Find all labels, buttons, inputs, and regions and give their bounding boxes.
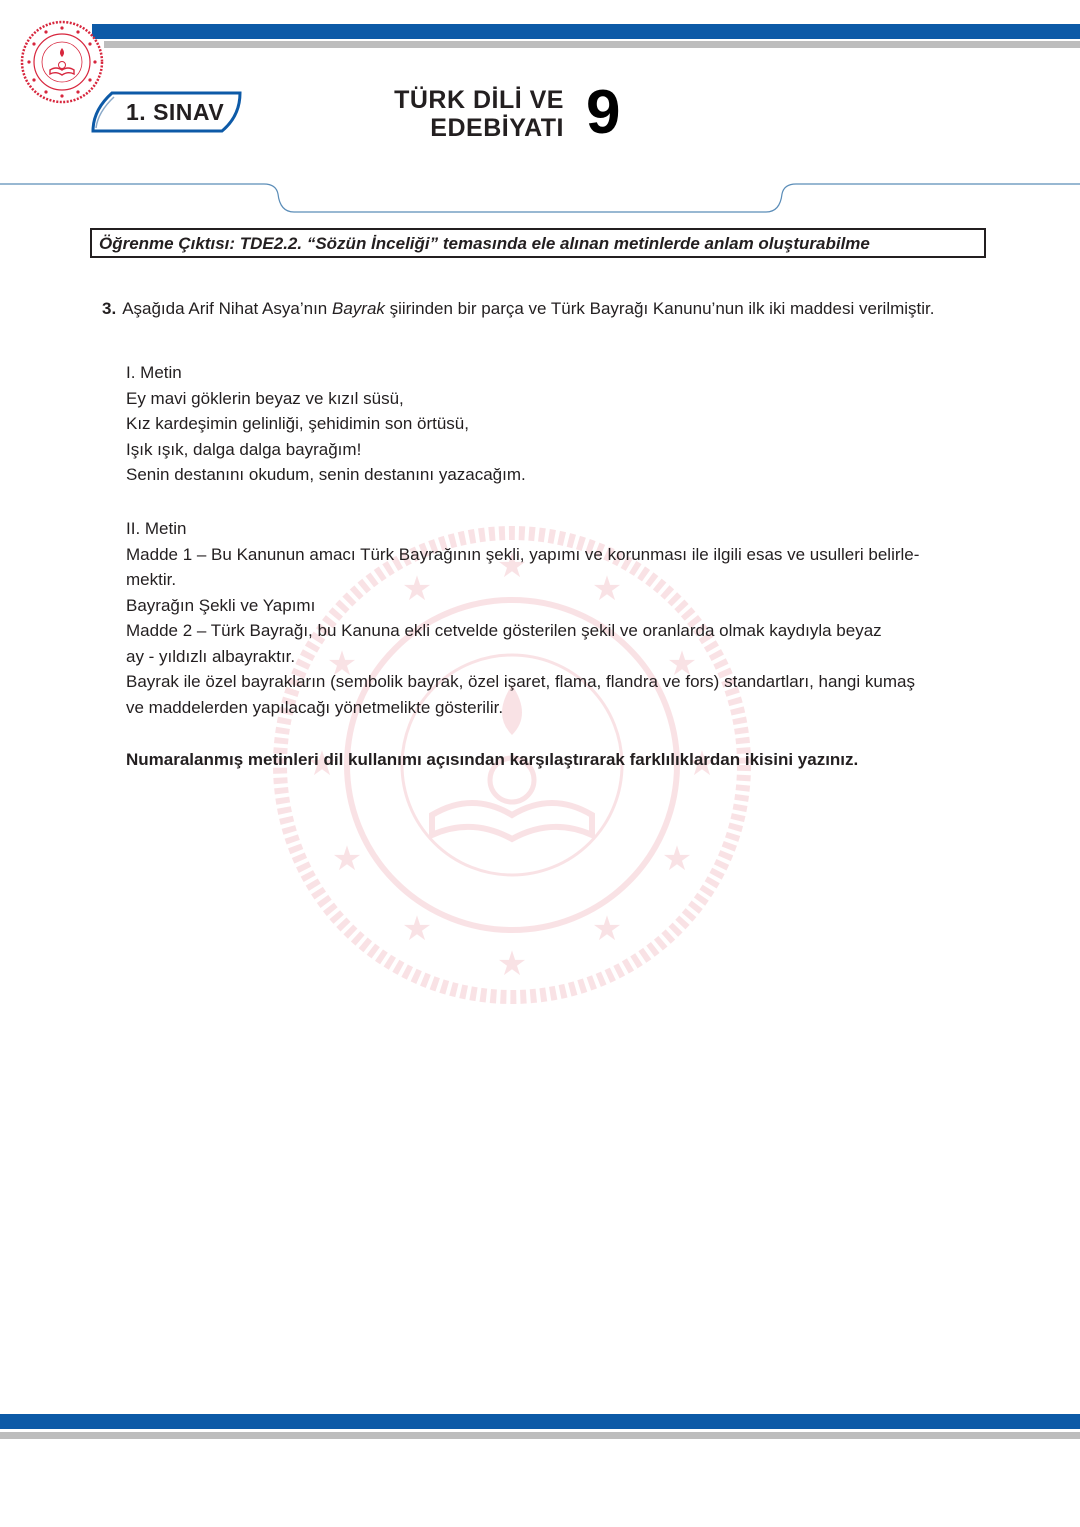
text-2-line: Madde 1 – Bu Kanunun amacı Türk Bayrağın… <box>126 542 919 568</box>
subject-title-line1: TÜRK DİLİ VE <box>340 86 564 114</box>
text-2-line: Madde 2 – Türk Bayrağı, bu Kanuna ekli c… <box>126 618 919 644</box>
text-1-title: I. Metin <box>126 360 526 386</box>
text-1-block: I. Metin Ey mavi göklerin beyaz ve kızıl… <box>126 360 526 488</box>
subject-title-line2: EDEBİYATI <box>340 114 564 142</box>
exam-label-tab: 1. SINAV <box>90 90 242 134</box>
poem-title: Bayrak <box>332 299 385 318</box>
grade-number: 9 <box>586 80 620 146</box>
question-intro: 3.Aşağıda Arif Nihat Asya’nın Bayrak şii… <box>102 298 935 320</box>
text-2-title: II. Metin <box>126 516 919 542</box>
text-1-line: Senin destanını okudum, senin destanını … <box>126 462 526 488</box>
text-2-line: ay - yıldızlı albayraktır. <box>126 644 919 670</box>
svg-text:★: ★ <box>497 944 527 984</box>
text-2-block: II. Metin Madde 1 – Bu Kanunun amacı Tür… <box>126 516 919 720</box>
footer-blue-stripe <box>0 1414 1080 1429</box>
question-number: 3. <box>102 299 116 318</box>
subject-title: TÜRK DİLİ VE EDEBİYATI <box>340 86 564 142</box>
svg-text:★: ★ <box>592 909 622 949</box>
text-1-line: Kız kardeşimin gelinliği, şehidimin son … <box>126 411 526 437</box>
text-2-line: Bayrak ile özel bayrakların (sembolik ba… <box>126 669 919 695</box>
text-1-line: Işık ışık, dalga dalga bayrağım! <box>126 437 526 463</box>
svg-text:★: ★ <box>332 839 362 879</box>
text-2-line: Bayrağın Şekli ve Yapımı <box>126 593 919 619</box>
exam-label: 1. SINAV <box>126 99 224 126</box>
text-1-line: Ey mavi göklerin beyaz ve kızıl süsü, <box>126 386 526 412</box>
text-2-line: ve maddelerden yapılacağı yönetmelikte g… <box>126 695 919 721</box>
learning-outcome-box: Öğrenme Çıktısı: TDE2.2. “Sözün İnceliği… <box>90 228 986 258</box>
question-intro-after: şiirinden bir parça ve Türk Bayrağı Kanu… <box>385 299 935 318</box>
footer-gray-stripe <box>0 1432 1080 1439</box>
question-instruction: Numaralanmış metinleri dil kullanımı açı… <box>126 750 858 770</box>
header-gray-stripe <box>104 41 1080 48</box>
header-blue-stripe <box>92 24 1080 39</box>
header-divider-line <box>0 180 1080 220</box>
svg-text:★: ★ <box>662 839 692 879</box>
svg-text:★: ★ <box>402 909 432 949</box>
question-intro-before: Aşağıda Arif Nihat Asya’nın <box>122 299 332 318</box>
learning-outcome-text: Öğrenme Çıktısı: TDE2.2. “Sözün İnceliği… <box>99 234 870 253</box>
text-2-line: mektir. <box>126 567 919 593</box>
